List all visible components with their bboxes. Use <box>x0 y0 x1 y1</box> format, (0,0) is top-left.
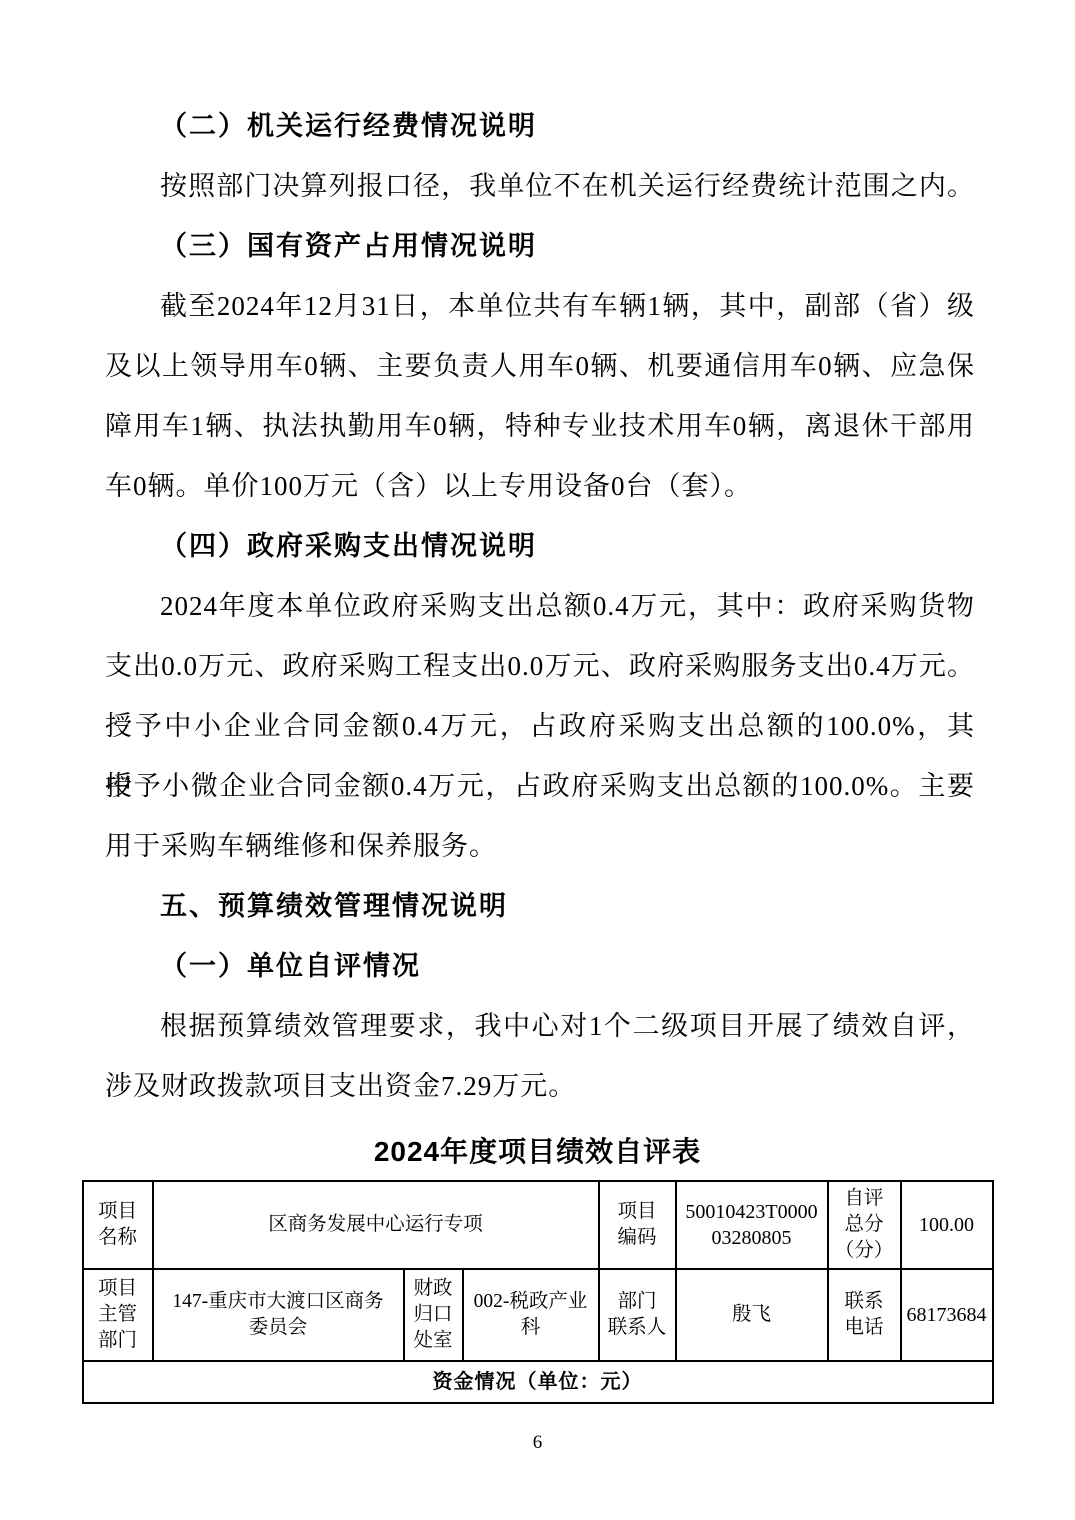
finance-office-label: 财政 归口 处室 <box>404 1269 463 1361</box>
label-line: 联系人 <box>603 1315 672 1341</box>
funds-section-header: 资金情况（单位：元） <box>83 1361 993 1403</box>
label-line: （分） <box>832 1238 897 1264</box>
paragraph-line: 及以上领导用车0辆、主要负责人用车0辆、机要通信用车0辆、应急保 <box>105 336 975 396</box>
paragraph-line: 用于采购车辆维修和保养服务。 <box>105 816 975 876</box>
label-line: 名称 <box>87 1225 149 1251</box>
dept-label: 项目 主管 部门 <box>83 1269 153 1361</box>
label-line: 总分 <box>832 1212 897 1238</box>
phone-value: 68173684 <box>901 1269 993 1361</box>
self-score-value: 100.00 <box>901 1181 993 1269</box>
label-line: 部门 <box>603 1289 672 1315</box>
paragraph-line: 根据预算绩效管理要求，我中心对1个二级项目开展了绩效自评， <box>105 996 975 1056</box>
phone-label: 联系 电话 <box>828 1269 901 1361</box>
value-line: 委员会 <box>157 1315 400 1341</box>
paragraph-line: 涉及财政拨款项目支出资金7.29万元。 <box>105 1056 975 1116</box>
label-line: 项目 <box>603 1199 672 1225</box>
dept-value: 147-重庆市大渡口区商务 委员会 <box>153 1269 404 1361</box>
table-row: 项目 主管 部门 147-重庆市大渡口区商务 委员会 财政 归口 处室 002-… <box>83 1269 993 1361</box>
contact-value: 殷飞 <box>676 1269 828 1361</box>
table-row: 项目 名称 区商务发展中心运行专项 项目 编码 50010423T0000 03… <box>83 1181 993 1269</box>
heading-section-2: （二）机关运行经费情况说明 <box>105 96 975 156</box>
paragraph-line: 支出0.0万元、政府采购工程支出0.0万元、政府采购服务支出0.4万元。 <box>105 636 975 696</box>
project-code-value: 50010423T0000 03280805 <box>676 1181 828 1269</box>
label-line: 主管 <box>87 1302 149 1328</box>
label-line: 处室 <box>408 1328 459 1354</box>
label-line: 自评 <box>832 1186 897 1212</box>
value-line: 科 <box>467 1315 595 1341</box>
document-body: （二）机关运行经费情况说明 按照部门决算列报口径，我单位不在机关运行经费统计范围… <box>0 96 1075 1404</box>
heading-subsection-1: （一）单位自评情况 <box>105 936 975 996</box>
label-line: 编码 <box>603 1225 672 1251</box>
label-line: 电话 <box>832 1315 897 1341</box>
value-line: 147-重庆市大渡口区商务 <box>157 1289 400 1315</box>
self-evaluation-table: 项目 名称 区商务发展中心运行专项 项目 编码 50010423T0000 03… <box>82 1180 994 1404</box>
project-name-value: 区商务发展中心运行专项 <box>153 1181 599 1269</box>
label-line: 项目 <box>87 1199 149 1225</box>
label-line: 联系 <box>832 1289 897 1315</box>
self-score-label: 自评 总分 （分） <box>828 1181 901 1269</box>
table-title: 2024年度项目绩效自评表 <box>0 1124 1075 1180</box>
project-code-label: 项目 编码 <box>599 1181 676 1269</box>
paragraph-line: 截至2024年12月31日，本单位共有车辆1辆，其中，副部（省）级 <box>105 276 975 336</box>
value-line: 002-税政产业 <box>467 1289 595 1315</box>
heading-section-4: （四）政府采购支出情况说明 <box>105 516 975 576</box>
document-page: （二）机关运行经费情况说明 按照部门决算列报口径，我单位不在机关运行经费统计范围… <box>0 0 1075 1520</box>
paragraph-line: 车0辆。单价100万元（含）以上专用设备0台（套）。 <box>105 456 975 516</box>
heading-section-5: 五、预算绩效管理情况说明 <box>105 876 975 936</box>
paragraph-line: 授予小微企业合同金额0.4万元，占政府采购支出总额的100.0%。主要 <box>105 756 975 816</box>
label-line: 归口 <box>408 1302 459 1328</box>
code-line: 03280805 <box>680 1225 824 1251</box>
finance-office-value: 002-税政产业 科 <box>463 1269 599 1361</box>
paragraph-line: 2024年度本单位政府采购支出总额0.4万元，其中：政府采购货物 <box>105 576 975 636</box>
label-line: 项目 <box>87 1276 149 1302</box>
paragraph-line: 授予中小企业合同金额0.4万元，占政府采购支出总额的100.0%，其中： <box>105 696 975 756</box>
project-name-label: 项目 名称 <box>83 1181 153 1269</box>
contact-label: 部门 联系人 <box>599 1269 676 1361</box>
code-line: 50010423T0000 <box>680 1199 824 1225</box>
table-row: 资金情况（单位：元） <box>83 1361 993 1403</box>
paragraph-line: 按照部门决算列报口径，我单位不在机关运行经费统计范围之内。 <box>105 156 975 216</box>
page-number: 6 <box>0 1432 1075 1454</box>
label-line: 财政 <box>408 1276 459 1302</box>
label-line: 部门 <box>87 1328 149 1354</box>
heading-section-3: （三）国有资产占用情况说明 <box>105 216 975 276</box>
paragraph-line: 障用车1辆、执法执勤用车0辆，特种专业技术用车0辆，离退休干部用 <box>105 396 975 456</box>
